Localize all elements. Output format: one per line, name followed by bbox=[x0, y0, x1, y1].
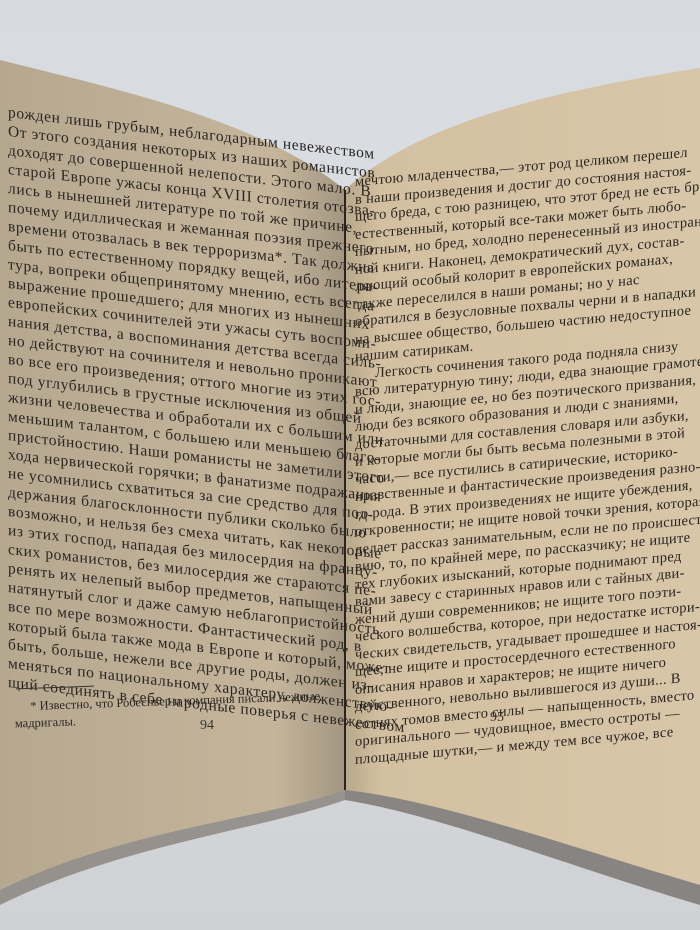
left-page-number: 94 bbox=[200, 718, 214, 734]
right-page-number: 95 bbox=[490, 710, 504, 726]
footnote-line: мадригалы. bbox=[15, 715, 77, 730]
open-book: рожден лишь грубым, неблагодарным невеже… bbox=[0, 0, 700, 930]
